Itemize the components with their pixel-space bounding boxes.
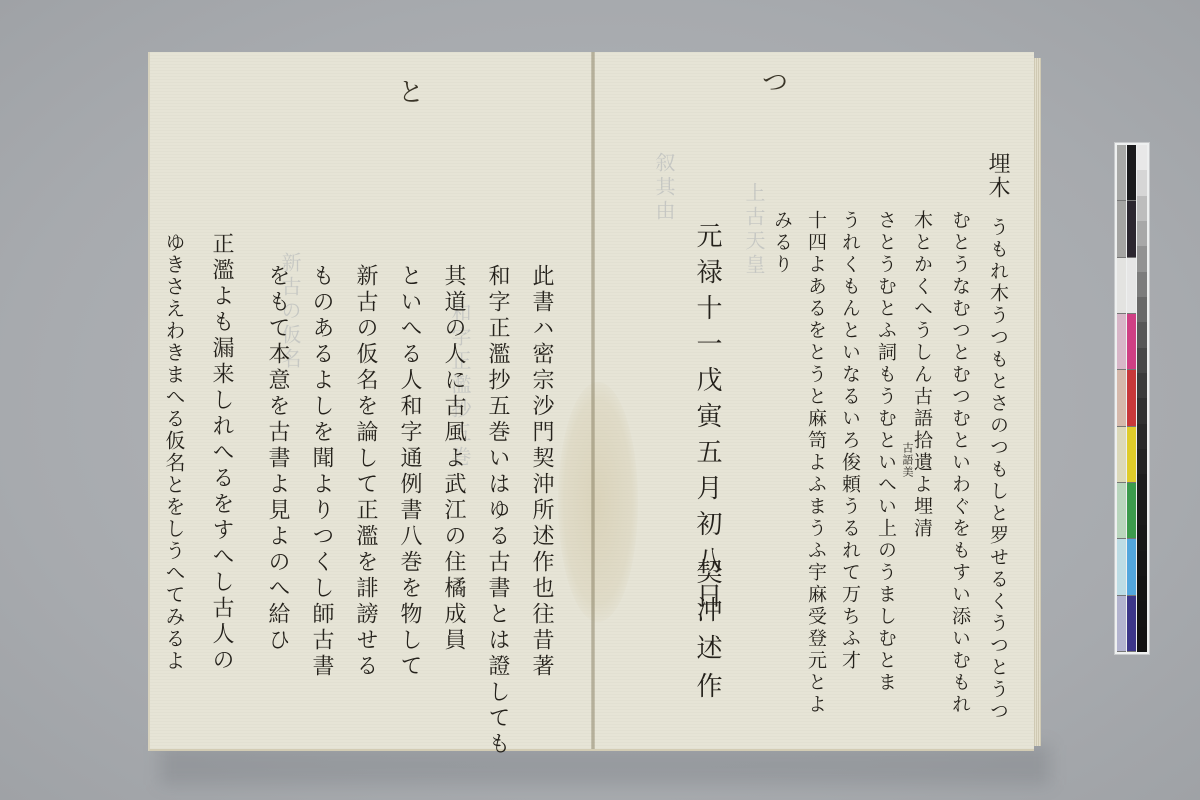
color-swatch xyxy=(1117,145,1126,201)
color-swatch xyxy=(1127,314,1136,370)
text-column-1: 此書ハ密宗沙門契沖所述作也往昔著 xyxy=(530,264,552,680)
open-book: 和字正濫抄五巻 新古の仮名 と 此書ハ密宗沙門契沖所述作也往昔著 和字正濫抄五巻… xyxy=(148,52,1040,749)
text-column-1: うもれ木うつもとさのつもしと罗せるくうつとうつ xyxy=(988,217,1007,723)
gray-swatch xyxy=(1137,373,1147,398)
page-fore-edge xyxy=(1034,58,1041,746)
gray-swatch xyxy=(1137,551,1147,576)
gray-swatch xyxy=(1137,322,1147,347)
text-column-8: 正濫よも漏来しれへるをすへし古人の xyxy=(210,232,232,674)
gray-swatch xyxy=(1137,449,1147,474)
text-column-6: ものあるよしを聞よりつくし師古書 xyxy=(310,264,332,680)
left-page: 和字正濫抄五巻 新古の仮名 と 此書ハ密宗沙門契沖所述作也往昔著 和字正濫抄五巻… xyxy=(148,52,594,751)
binding-thread-mark: つ xyxy=(762,70,788,96)
color-swatch xyxy=(1117,596,1126,652)
color-swatch xyxy=(1117,370,1126,426)
color-swatch xyxy=(1117,201,1126,257)
gray-swatch xyxy=(1137,627,1147,652)
gray-swatch xyxy=(1137,246,1147,271)
color-swatch xyxy=(1117,483,1126,539)
gray-swatch xyxy=(1137,297,1147,322)
gray-swatch xyxy=(1137,170,1147,195)
gray-swatch xyxy=(1137,398,1147,423)
bleed-through-text: 上古天皇 xyxy=(744,182,764,582)
text-column-2: 和字正濫抄五巻いはゆる古書とは證しても xyxy=(486,264,508,758)
text-column-3: 木とかくへうしん古語拾遺よ埋清 xyxy=(912,210,931,540)
entry-heading: 埋木 xyxy=(986,152,1008,200)
text-column-7: みるり xyxy=(772,210,791,276)
gray-swatch xyxy=(1137,424,1147,449)
color-swatch xyxy=(1127,370,1136,426)
water-stain xyxy=(558,382,638,622)
binding-thread-mark: と xyxy=(398,80,424,106)
text-column-4: といへる人和字通例書八巻を物して xyxy=(398,264,420,680)
color-swatch xyxy=(1117,258,1126,314)
gray-swatch xyxy=(1137,221,1147,246)
gray-swatch xyxy=(1137,601,1147,626)
gray-swatch xyxy=(1137,348,1147,373)
annotation-small: 古語美 xyxy=(902,442,913,478)
color-swatch xyxy=(1127,145,1136,201)
color-chart-saturated-strip xyxy=(1127,145,1136,652)
color-swatch xyxy=(1117,539,1126,595)
text-column-3: 其道の人に古風よ武江の住橘成員 xyxy=(442,264,464,654)
book-shadow xyxy=(160,745,1050,785)
color-swatch xyxy=(1127,258,1136,314)
book-gutter xyxy=(591,52,595,749)
gray-swatch xyxy=(1137,500,1147,525)
bleed-through-text: 叙其由 xyxy=(654,152,674,552)
text-column-2: むとうなむつとむつむといわぐをもすい添いむもれ xyxy=(950,210,969,716)
gray-swatch xyxy=(1137,474,1147,499)
color-swatch xyxy=(1127,427,1136,483)
gray-swatch xyxy=(1137,525,1147,550)
text-column-9: ゆきさえわきまへる仮名とをしうへてみるよ xyxy=(164,232,184,672)
color-chart-gray-scale xyxy=(1137,145,1147,652)
color-swatch xyxy=(1127,201,1136,257)
color-swatch xyxy=(1127,483,1136,539)
text-column-4: さとうむとふ詞もうむといへい上のうましむとま xyxy=(876,210,895,694)
gray-swatch xyxy=(1137,576,1147,601)
color-swatch xyxy=(1117,314,1126,370)
right-page: 上古天皇 叙其由 つ 埋木 うもれ木うつもとさのつもしと罗せるくうつとうつ むと… xyxy=(594,52,1034,751)
color-swatch xyxy=(1117,427,1126,483)
colophon-author: 契沖述作 xyxy=(694,558,720,710)
text-column-5: 新古の仮名を論して正濫を誹謗せる xyxy=(354,264,376,680)
text-column-5: うれくもんといなるいろ俊頼うるれて万ちふ才 xyxy=(840,210,859,672)
color-swatch xyxy=(1127,596,1136,652)
text-column-7: をもて本意を古書よ見よのへ給ひ xyxy=(266,264,288,654)
color-calibration-chart xyxy=(1114,142,1150,655)
text-column-6: 十四よあるをとうと麻笥よふまうふ宇麻受登元とよ xyxy=(806,210,825,716)
gray-swatch xyxy=(1137,145,1147,170)
gray-swatch xyxy=(1137,272,1147,297)
color-swatch xyxy=(1127,539,1136,595)
color-chart-tint-strip xyxy=(1117,145,1126,652)
gray-swatch xyxy=(1137,196,1147,221)
